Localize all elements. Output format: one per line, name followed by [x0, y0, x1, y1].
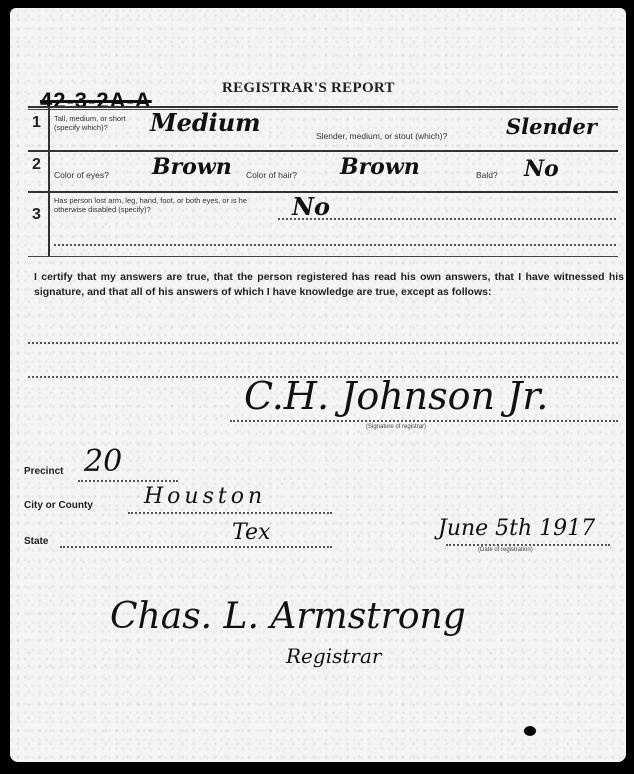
registrant-signature: C.H. Johnson Jr. [244, 374, 548, 418]
city-line [128, 512, 332, 514]
ink-blot [524, 726, 536, 736]
disability-answer: No [292, 192, 330, 221]
row-number-3: 3 [32, 206, 41, 224]
city-value: Houston [144, 484, 266, 509]
registration-card: REGISTRAR'S REPORT 42-3-2A-A 1 Tall, med… [10, 8, 626, 762]
row-number-1: 1 [32, 114, 41, 132]
hair-color-answer: Brown [340, 154, 420, 180]
build-answer: Slender [506, 114, 597, 139]
state-label: State [24, 536, 48, 547]
date-line [446, 544, 610, 546]
divider [28, 109, 618, 110]
precinct-value: 20 [84, 444, 122, 479]
certification-text: I certify that my answers are true, that… [34, 270, 624, 299]
answer-line [54, 244, 616, 246]
divider [28, 106, 618, 108]
bald-question: Bald? [476, 170, 498, 180]
registrar-title: Registrar [286, 644, 381, 668]
divider [28, 256, 618, 257]
exceptions-line [28, 342, 618, 344]
city-label: City or County [24, 500, 93, 511]
disability-question: Has person lost arm, leg, hand, foot, or… [54, 196, 274, 214]
state-value: Tex [232, 520, 270, 545]
height-answer: Medium [150, 108, 261, 137]
precinct-line [78, 480, 178, 482]
row-number-2: 2 [32, 156, 41, 174]
registration-date: June 5th 1917 [438, 516, 595, 541]
answer-line [278, 218, 616, 220]
build-question: Slender, medium, or stout (which)? [316, 131, 447, 141]
signature-caption: (Signature of registrar) [366, 424, 426, 430]
state-line [60, 546, 332, 548]
precinct-label: Precinct [24, 466, 63, 477]
signature-line [230, 420, 618, 422]
bald-answer: No [524, 156, 559, 182]
divider [28, 150, 618, 152]
serial-number: 42-3-2A-A [40, 88, 152, 114]
eye-color-answer: Brown [152, 154, 232, 180]
hair-color-question: Color of hair? [246, 170, 297, 180]
eye-color-question: Color of eyes? [54, 170, 109, 180]
document-title: REGISTRAR'S REPORT [222, 80, 395, 97]
height-question: Tall, medium, or short (specify which)? [54, 114, 152, 132]
date-caption: (Date of registration) [478, 547, 533, 553]
registrar-signature: Chas. L. Armstrong [110, 596, 466, 637]
row-number-separator [48, 108, 50, 256]
